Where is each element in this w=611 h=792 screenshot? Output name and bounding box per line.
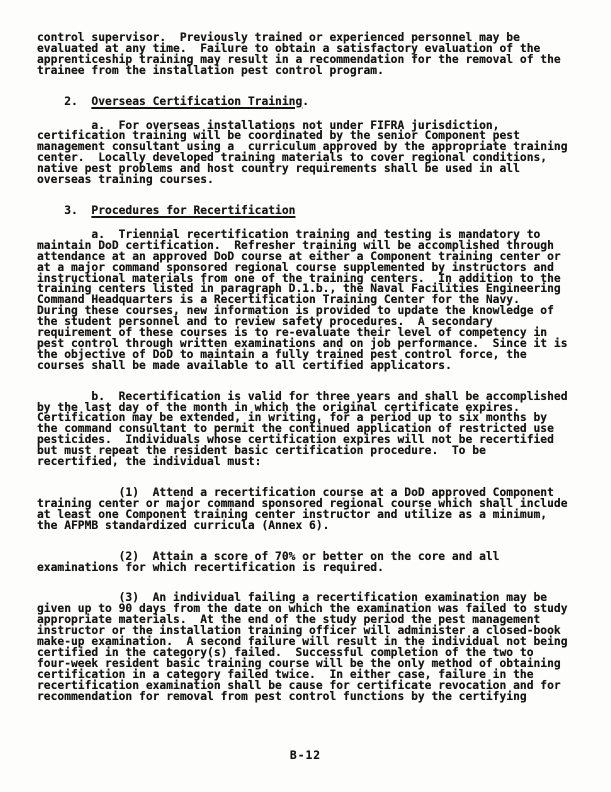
- paragraph-overseas-a: a. For overseas installations not under …: [37, 121, 585, 186]
- paragraph-continuation-apprenticeship: control supervisor. Previously trained o…: [37, 33, 585, 77]
- section-heading-overseas-certification-training: 2. Overseas Certification Training.: [37, 97, 585, 108]
- paragraph-recertification-b: b. Recertification is valid for three ye…: [37, 392, 585, 468]
- section-title: Overseas Certification Training: [91, 95, 302, 108]
- paragraph-recertification-item-3: (3) An individual failing a recertificat…: [37, 593, 585, 702]
- paragraph-recertification-item-1: (1) Attend a recertification course at a…: [37, 488, 585, 532]
- page-number: B-12: [0, 749, 611, 762]
- paragraph-recertification-a: a. Triennial recertification training an…: [37, 230, 585, 372]
- paragraph-recertification-item-2: (2) Attain a score of 70% or better on t…: [37, 552, 585, 574]
- page-body: control supervisor. Previously trained o…: [37, 33, 585, 723]
- section-title: Procedures for Recertification: [91, 204, 295, 217]
- section-title-period: .: [302, 95, 309, 108]
- section-heading-procedures-for-recertification: 3. Procedures for Recertification: [37, 206, 585, 217]
- section-number: 3.: [37, 204, 91, 217]
- scanned-document-page: control supervisor. Previously trained o…: [0, 0, 611, 792]
- section-number: 2.: [37, 95, 91, 108]
